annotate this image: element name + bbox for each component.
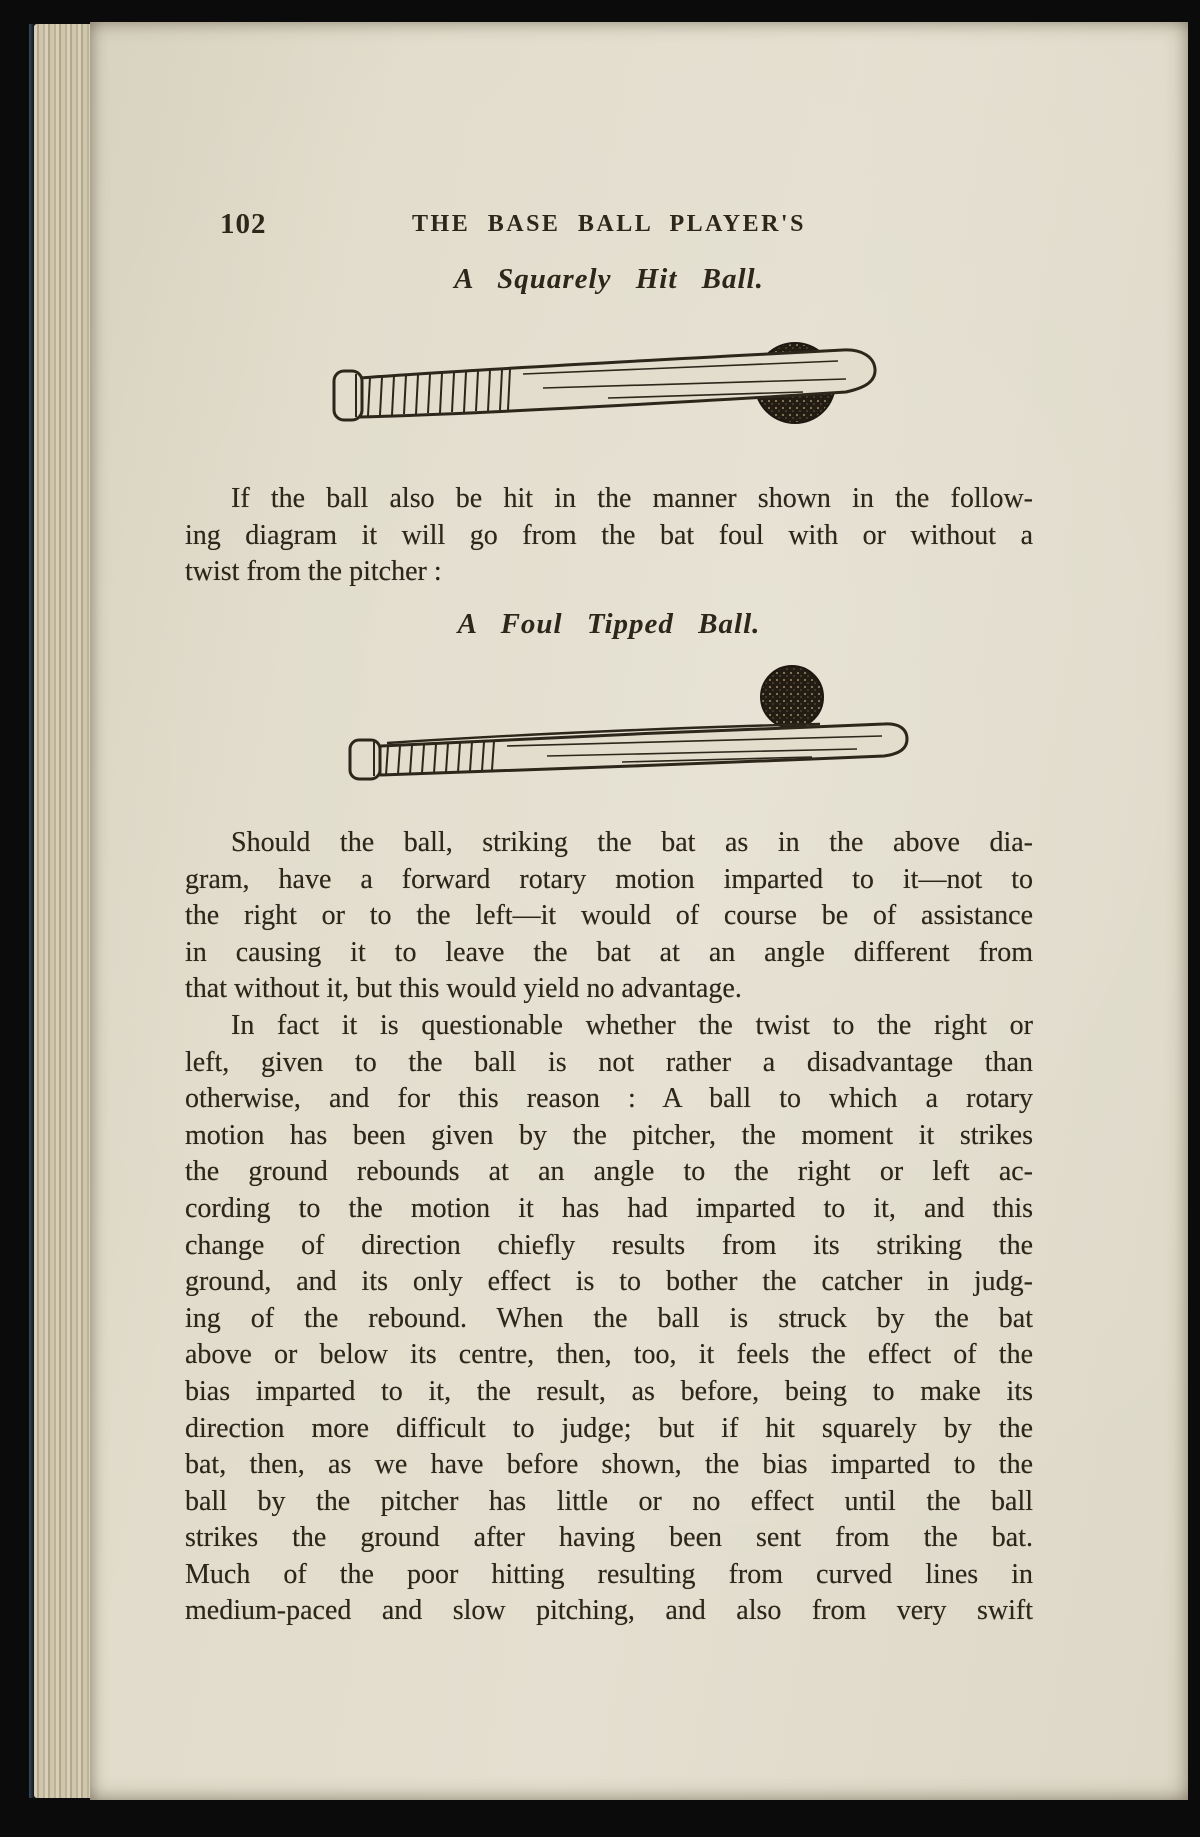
text-line: Should the ball, striking the bat as in … [185,825,1033,862]
text-line: the ground rebounds at an angle to the r… [185,1154,1033,1191]
text-line: the right or to the left—it would of cou… [185,898,1033,935]
figure2-caption: A Foul Tipped Ball. [185,608,1033,641]
text-line: bias imparted to it, the result, as befo… [185,1374,1033,1411]
book-page: 102 THE BASE BALL PLAYER'S A Squarely Hi… [90,22,1188,1800]
figure-foul-tipped-ball [292,650,917,797]
text-line: strikes the ground after having been sen… [185,1520,1033,1557]
text-line: direction more difficult to judge; but i… [185,1411,1033,1448]
running-header: 102 THE BASE BALL PLAYER'S [90,208,1188,248]
running-title: THE BASE BALL PLAYER'S [185,211,1033,238]
text-line: bat, then, as we have before shown, the … [185,1447,1033,1484]
paragraph-rotary-motion: Should the ball, striking the bat as in … [185,825,1033,1008]
figure1-caption: A Squarely Hit Ball. [185,263,1033,296]
bat-knob [350,740,380,779]
text-line: twist from the pitcher : [185,554,1033,591]
paragraph-twist-question: In fact it is questionable whether the t… [185,1008,1033,1630]
text-line: medium-paced and slow pitching, and also… [185,1593,1033,1630]
text-line: In fact it is questionable whether the t… [185,1008,1033,1045]
figure-squarely-hit-ball [298,336,908,459]
text-line: above or below its centre, then, too, it… [185,1337,1033,1374]
text-line: in causing it to leave the bat at an ang… [185,935,1033,972]
text-line: motion has been given by the pitcher, th… [185,1118,1033,1155]
baseball [761,666,823,728]
text-line: Much of the poor hitting resulting from … [185,1557,1033,1594]
bat-and-ball-illustration [292,650,917,792]
text-line: left, given to the ball is not rather a … [185,1045,1033,1082]
intro-paragraph: If the ball also be hit in the manner sh… [185,481,1033,591]
scanned-book-photo: 102 THE BASE BALL PLAYER'S A Squarely Hi… [0,0,1200,1837]
text-line: cording to the motion it has had imparte… [185,1191,1033,1228]
text-line: ball by the pitcher has little or no eff… [185,1484,1033,1521]
text-line: otherwise, and for this reason : A ball … [185,1081,1033,1118]
body-text: Should the ball, striking the bat as in … [185,825,1033,1630]
text-line: gram, have a forward rotary motion impar… [185,862,1033,899]
text-line: ground, and its only effect is to bother… [185,1264,1033,1301]
text-line: ing diagram it will go from the bat foul… [185,518,1033,555]
bat-knob [334,371,362,420]
book-page-edges [34,24,92,1798]
text-line: If the ball also be hit in the manner sh… [185,481,1033,518]
text-line: that without it, but this would yield no… [185,971,1033,1008]
text-line: change of direction chiefly results from… [185,1228,1033,1265]
bat-and-ball-illustration [298,336,908,454]
text-line: ing of the rebound. When the ball is str… [185,1301,1033,1338]
